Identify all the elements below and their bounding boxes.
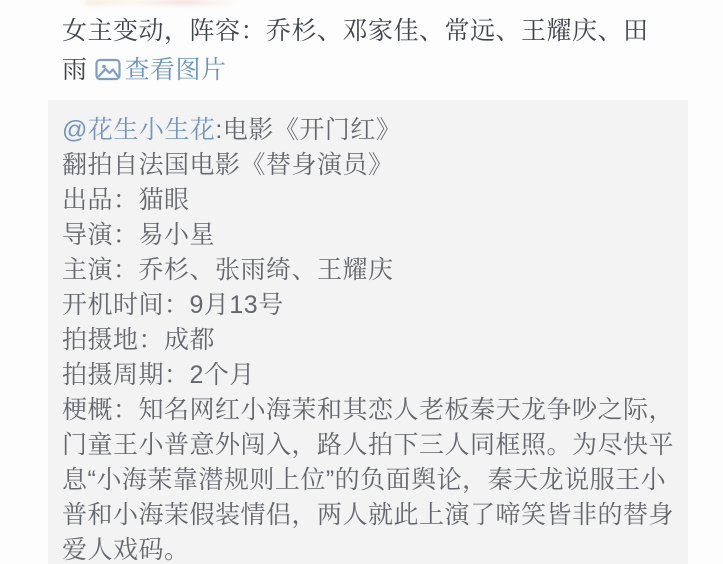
quote-line-producer: 出品：猫眼 bbox=[62, 183, 682, 218]
quote-title-line: @花生小生花:电影《开门红》 bbox=[62, 113, 682, 148]
quote-line-cast: 主演：乔杉、张雨绮、王耀庆 bbox=[62, 253, 682, 288]
post-body: 女主变动，阵容：乔杉、邓家佳、常远、王耀庆、田雨 查看图片 bbox=[62, 12, 652, 90]
cropped-text-remnant bbox=[85, 0, 235, 5]
quote-line-location: 拍摄地：成都 bbox=[62, 323, 682, 358]
quote-line-start-date: 开机时间：9月13号 bbox=[62, 288, 682, 323]
quote-synopsis: 梗概：知名网红小海茉和其恋人老板秦天龙争吵之际，门童王小普意外闯入，路人拍下三人… bbox=[62, 393, 682, 564]
quote-line-duration: 拍摄周期：2个月 bbox=[62, 358, 682, 393]
view-image-label: 查看图片 bbox=[125, 56, 227, 84]
weibo-post-screenshot: 女主变动，阵容：乔杉、邓家佳、常远、王耀庆、田雨 查看图片 @花生小生花:电影《… bbox=[0, 0, 723, 564]
quoted-post[interactable]: @花生小生花:电影《开门红》 翻拍自法国电影《替身演员》 出品：猫眼 导演：易小… bbox=[48, 100, 688, 564]
mention-link[interactable]: @花生小生花 bbox=[62, 116, 215, 144]
quote-line-remake: 翻拍自法国电影《替身演员》 bbox=[62, 148, 682, 183]
picture-icon bbox=[95, 58, 121, 81]
movie-title: :电影《开门红》 bbox=[215, 116, 401, 144]
quote-line-director: 导演：易小星 bbox=[62, 218, 682, 253]
view-image-link[interactable]: 查看图片 bbox=[88, 56, 227, 84]
